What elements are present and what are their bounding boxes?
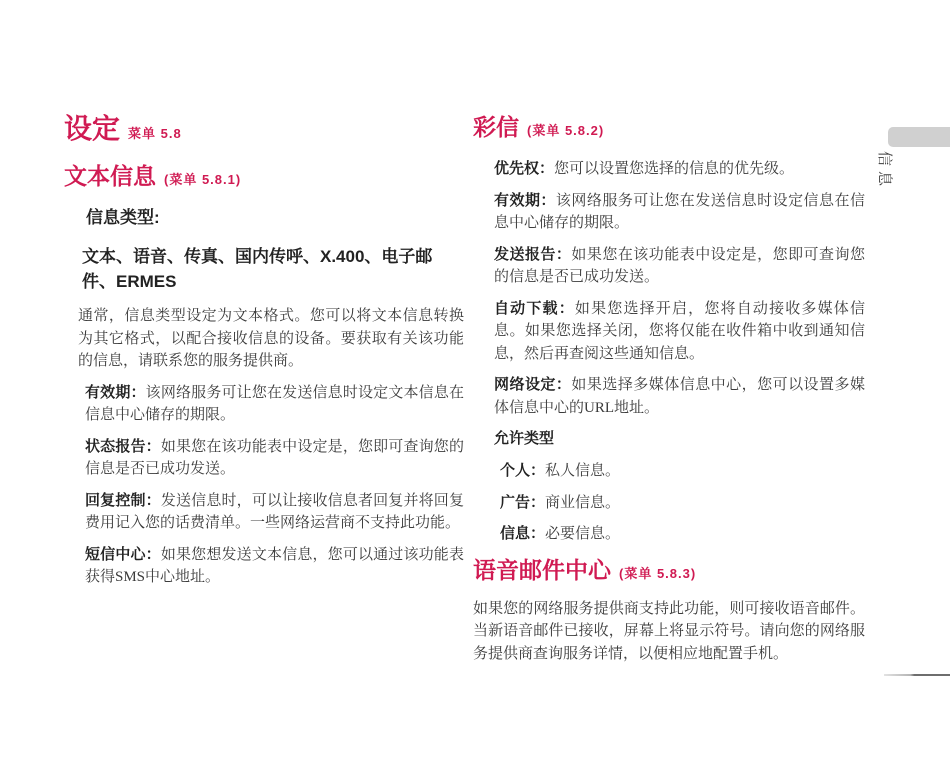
feature-item: 自动下载：如果您选择开启，您将自动接收多媒体信息。如果您选择关闭，您将仅能在收件… [473,298,865,366]
subsection-heading-text: 彩信 [473,114,519,140]
intro-paragraph: 通常，信息类型设定为文本格式。您可以将文本信息转换为其它格式，以配合接收信息的设… [64,305,464,373]
right-column: 彩信(菜单 5.8.2) 优先权：您可以设置您选择的信息的优先级。 有效期：该网… [473,112,865,674]
allowed-type-label: 广告： [500,494,545,511]
feature-text: 您可以设置您选择的信息的优先级。 [554,161,794,177]
message-type-list: 文本、语音、传真、国内传呼、X.400、电子邮件、ERMES [64,244,464,294]
feature-label: 短信中心： [85,546,161,563]
section-heading-text: 设定 [64,113,120,144]
allowed-type-text: 商业信息。 [545,495,620,511]
chapter-tab-label: 信息 [875,151,896,191]
allowed-type-label: 信息： [500,525,545,542]
feature-label: 有效期： [494,192,556,209]
subsection-heading-text: 语音邮件中心 [473,557,611,583]
menu-reference: (菜单 5.8.2) [527,123,604,138]
subsection-heading-voicemail: 语音邮件中心(菜单 5.8.3) [473,555,865,589]
message-type-subhead: 信息类型: [64,207,464,229]
allowed-types-subhead: 允许类型 [473,428,865,450]
feature-item: 网络设定：如果选择多媒体信息中心，您可以设置多媒体信息中心的URL地址。 [473,374,865,419]
feature-item: 有效期：该网络服务可让您在发送信息时设定文本信息在信息中心储存的期限。 [64,382,464,427]
feature-label: 回复控制： [85,492,161,509]
feature-label: 发送报告： [494,246,571,263]
feature-item: 回复控制：发送信息时，可以让接收信息者回复并将回复费用记入您的话费清单。一些网络… [64,490,464,535]
feature-item: 状态报告：如果您在该功能表中设定是，您即可查询您的信息是否已成功发送。 [64,436,464,481]
feature-label: 有效期： [85,384,146,401]
subsection-heading-text-message: 文本信息(菜单 5.8.1) [64,161,464,195]
feature-label: 状态报告： [85,438,161,455]
allowed-type-item: 个人：私人信息。 [473,460,865,483]
feature-item: 发送报告：如果您在该功能表中设定是，您即可查询您的信息是否已成功发送。 [473,244,865,289]
menu-reference: (菜单 5.8.3) [619,566,696,581]
allowed-type-item: 信息：必要信息。 [473,523,865,546]
feature-item: 有效期：该网络服务可让您在发送信息时设定信息在信息中心储存的期限。 [473,190,865,235]
subsection-heading-text: 文本信息 [64,163,156,189]
left-column: 设定菜单 5.8 文本信息(菜单 5.8.1) 信息类型: 文本、语音、传真、国… [64,112,464,598]
allowed-type-text: 必要信息。 [545,526,620,542]
manual-page: 设定菜单 5.8 文本信息(菜单 5.8.1) 信息类型: 文本、语音、传真、国… [0,0,950,760]
allowed-type-item: 广告：商业信息。 [473,492,865,515]
feature-item: 短信中心：如果您想发送文本信息，您可以通过该功能表获得SMS中心地址。 [64,544,464,589]
section-heading-settings: 设定菜单 5.8 [64,112,464,151]
feature-label: 网络设定： [494,376,571,393]
feature-label: 优先权： [494,160,554,177]
allowed-type-text: 私人信息。 [545,463,620,479]
feature-label: 自动下载： [494,300,575,317]
voicemail-paragraph: 如果您的网络服务提供商支持此功能，则可接收语音邮件。当新语音邮件已接收，屏幕上将… [473,598,865,666]
subsection-heading-mms: 彩信(菜单 5.8.2) [473,112,865,146]
feature-item: 优先权：您可以设置您选择的信息的优先级。 [473,158,865,181]
menu-reference: 菜单 5.8 [128,126,182,141]
allowed-type-label: 个人： [500,462,545,479]
page-edge-rule [884,674,950,676]
chapter-tab [888,127,950,147]
menu-reference: (菜单 5.8.1) [164,172,241,187]
